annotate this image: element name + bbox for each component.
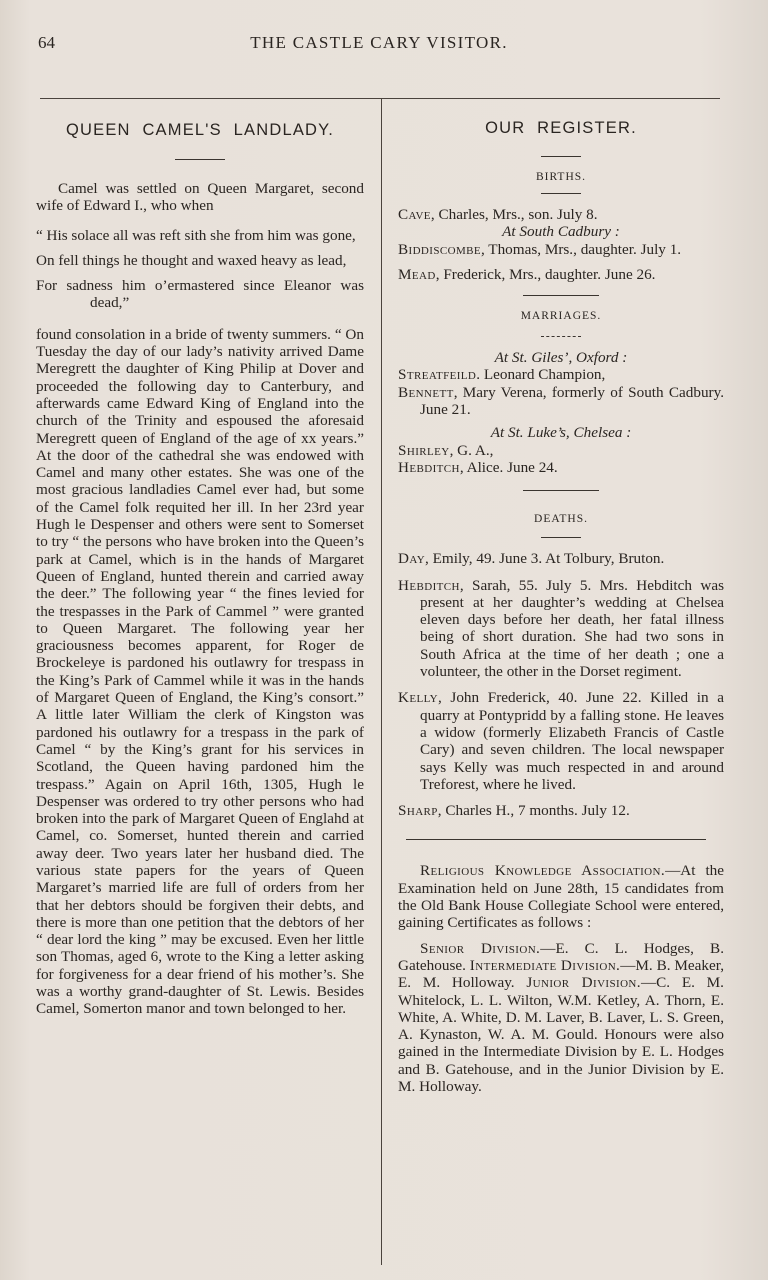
surname: Biddiscombe xyxy=(398,241,481,258)
rka-notice: Religious Knowledge Association.—At the … xyxy=(398,862,724,1095)
register-title-rule xyxy=(541,156,581,157)
document-page: 64 THE CASTLE CARY VISITOR. QUEEN CAMEL'… xyxy=(0,0,768,1280)
left-column: QUEEN CAMEL'S LANDLADY. Camel was settle… xyxy=(36,100,364,1018)
surname: Streatfeild xyxy=(398,366,476,383)
verse-line: “ His solace all was reft sith she from … xyxy=(36,227,364,244)
births-list: Cave, Charles, Mrs., son. July 8. At Sou… xyxy=(398,206,724,283)
births-rule xyxy=(541,193,581,194)
death-entry: Kelly, John Frederick, 40. June 22. Kill… xyxy=(398,689,724,793)
surname: Day xyxy=(398,550,425,567)
marriages-rule xyxy=(541,336,581,337)
rka-heading: Religious Knowledge Association. xyxy=(420,862,665,879)
place-heading: At St. Luke’s, Chelsea : xyxy=(398,424,724,441)
marriage-entry: Bennett, Mary Verena, formerly of South … xyxy=(398,384,724,419)
marriages-list: At St. Giles’, Oxford : Streatfeild. Leo… xyxy=(398,349,724,476)
verse-line: On fell things he thought and waxed heav… xyxy=(36,252,364,269)
section-separator xyxy=(523,490,599,491)
article-intro: Camel was settled on Queen Margaret, sec… xyxy=(36,180,364,215)
title-rule xyxy=(175,159,225,160)
marriage-entry: Streatfeild. Leonard Champion, xyxy=(398,366,724,383)
intermediate-division-label: Intermediate Division. xyxy=(470,957,620,974)
body-paragraph: found consolation in a bride of twenty s… xyxy=(36,326,364,1018)
rka-paragraph: Religious Knowledge Association.—At the … xyxy=(398,862,724,931)
running-head: 64 THE CASTLE CARY VISITOR. xyxy=(38,30,720,58)
surname: Cave xyxy=(398,206,431,223)
marriage-entry: Shirley, G. A., xyxy=(398,442,724,459)
junior-division-label: Junior Division. xyxy=(526,974,641,991)
surname: Shirley xyxy=(398,442,450,459)
section-separator xyxy=(523,295,599,296)
intro-paragraph: Camel was settled on Queen Margaret, sec… xyxy=(36,180,364,215)
surname: Kelly xyxy=(398,689,438,706)
rka-results: Senior Division.—E. C. L. Hodges, B. Gat… xyxy=(398,940,724,1096)
register-title: OUR REGISTER. xyxy=(398,119,724,138)
place-heading: At South Cadbury : xyxy=(398,223,724,240)
column-divider xyxy=(381,99,382,1265)
births-heading: BIRTHS. xyxy=(398,171,724,183)
verse-line: For sadness him o’ermastered since Elean… xyxy=(36,277,364,312)
death-entry: Sharp, Charles H., 7 months. July 12. xyxy=(398,802,724,819)
senior-division-label: Senior Division. xyxy=(420,940,540,957)
article-title: QUEEN CAMEL'S LANDLADY. xyxy=(36,121,364,140)
birth-entry: Cave, Charles, Mrs., son. July 8. xyxy=(398,206,724,223)
header-rule xyxy=(40,98,720,99)
surname: Hebditch xyxy=(398,459,460,476)
article-body: found consolation in a bride of twenty s… xyxy=(36,326,364,1018)
section-separator-long xyxy=(406,839,706,840)
surname: Sharp xyxy=(398,802,438,819)
deaths-list: Day, Emily, 49. June 3. At Tolbury, Brut… xyxy=(398,550,724,819)
death-entry: Day, Emily, 49. June 3. At Tolbury, Brut… xyxy=(398,550,724,567)
birth-entry: Mead, Frederick, Mrs., daughter. June 26… xyxy=(398,266,724,283)
birth-entry: Biddiscombe, Thomas, Mrs., daughter. Jul… xyxy=(398,241,724,258)
deaths-heading: DEATHS. xyxy=(398,513,724,525)
surname: Hebditch xyxy=(398,577,460,594)
verse-quote: “ His solace all was reft sith she from … xyxy=(36,227,364,312)
deaths-rule xyxy=(541,537,581,538)
journal-title: THE CASTLE CARY VISITOR. xyxy=(38,33,720,53)
marriages-heading: MARRIAGES. xyxy=(398,310,724,322)
surname: Mead xyxy=(398,266,436,283)
right-column: OUR REGISTER. BIRTHS. Cave, Charles, Mrs… xyxy=(398,100,724,1095)
surname: Bennett xyxy=(398,384,454,401)
death-entry: Hebditch, Sarah, 55. July 5. Mrs. Hebdit… xyxy=(398,577,724,681)
place-heading: At St. Giles’, Oxford : xyxy=(398,349,724,366)
marriage-entry: Hebditch, Alice. June 24. xyxy=(398,459,724,476)
